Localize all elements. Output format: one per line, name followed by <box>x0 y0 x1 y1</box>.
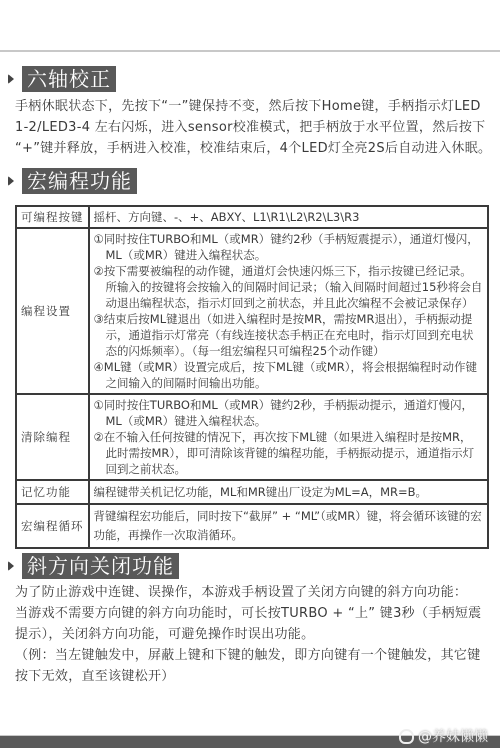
row-item: ①同时按住TURBO和ML（或MR）键约2秒，手柄振动提示，通道灯慢闪，ML（或… <box>94 397 484 429</box>
section-title: 六轴校正 <box>22 66 116 92</box>
paragraph-line: 手柄休眠状态下，先按下“一”键保持不变，然后按下Home键，手柄指示灯LED <box>15 96 493 117</box>
table-row: 编程设置 ①同时按住TURBO和ML（或MR）键约2秒（手柄短震提示），通道灯慢… <box>16 228 488 394</box>
section-header-macro: 宏编程功能 <box>8 168 137 194</box>
row-label: 清除编程 <box>16 394 89 480</box>
paragraph-line: 1-2/LED3-4 左右闪烁，进入sensor校准模式，把手柄放于水平位置，然… <box>15 117 493 138</box>
row-content: ①同时按住TURBO和ML（或MR）键约2秒（手柄短震提示），通道灯慢闪，ML（… <box>89 228 489 394</box>
bullet-arrow-icon <box>8 74 14 84</box>
macro-table: 可编程按键 摇杆、方向键、-、+、ABXY、L1\R1\L2\R2\L3\R3 … <box>15 205 489 549</box>
table-row: 记忆功能 编程键带关机记忆功能，ML和MR键出厂设定为ML=A，MR=B。 <box>16 480 488 504</box>
bullet-arrow-icon <box>8 176 14 186</box>
paw-icon <box>399 729 414 744</box>
diagonal-paragraph: 为了防止游戏中连键、误操作，本游戏手柄设置了关闭方向键的斜方向功能： 当游戏不需… <box>15 582 493 687</box>
row-label: 宏编程循环 <box>16 504 89 548</box>
row-label: 可编程按键 <box>16 206 89 228</box>
watermark-text: @养妹懒懒 <box>418 726 488 746</box>
section-header-six-axis: 六轴校正 <box>8 66 116 92</box>
row-content: 编程键带关机记忆功能，ML和MR键出厂设定为ML=A，MR=B。 <box>89 480 489 504</box>
paragraph-line: 为了防止游戏中连键、误操作，本游戏手柄设置了关闭方向键的斜方向功能： <box>15 582 493 603</box>
row-item: ①同时按住TURBO和ML（或MR）键约2秒（手柄短震提示），通道灯慢闪，ML（… <box>94 231 484 263</box>
row-content: 摇杆、方向键、-、+、ABXY、L1\R1\L2\R2\L3\R3 <box>89 206 489 228</box>
row-item: 背键编程宏功能后，同时按下“截屏” + “ML”（或MR）键，将会循环该键的宏功… <box>94 507 484 545</box>
row-item: ②按下需要被编程的动作键，通道灯会快速闪烁三下，指示按键已经记录。所输入的按键将… <box>94 263 484 311</box>
row-label: 编程设置 <box>16 228 89 394</box>
row-item: ③结束后按ML键退出（如进入编程时是按MR，需按MR退出），手柄振动提示，通道指… <box>94 311 484 359</box>
six-axis-paragraph: 手柄休眠状态下，先按下“一”键保持不变，然后按下Home键，手柄指示灯LED 1… <box>15 96 493 159</box>
section-title: 宏编程功能 <box>22 168 137 194</box>
row-content: 背键编程宏功能后，同时按下“截屏” + “ML”（或MR）键，将会循环该键的宏功… <box>89 504 489 548</box>
table-row: 宏编程循环 背键编程宏功能后，同时按下“截屏” + “ML”（或MR）键，将会循… <box>16 504 488 548</box>
paragraph-line: 当游戏不需要方向键的斜方向功能时，可长按TURBO + “上” 键3秒（手柄短震… <box>15 603 493 645</box>
table-row: 清除编程 ①同时按住TURBO和ML（或MR）键约2秒，手柄振动提示，通道灯慢闪… <box>16 394 488 480</box>
paragraph-line: “+”键并释放，手柄进入校准，校准结束后，4个LED灯全亮2S后自动进入休眠。 <box>15 138 493 159</box>
row-item: ④ML键（或MR）设置完成后，按下ML键（或MR），将会根据编程时动作键之间输入… <box>94 359 484 391</box>
section-header-diagonal: 斜方向关闭功能 <box>8 553 179 579</box>
watermark: @养妹懒懒 <box>399 726 488 746</box>
top-divider <box>0 50 500 52</box>
row-item: ②在不输入任何按键的情况下，再次按下ML键（如果进入编程时是按MR，此时需按MR… <box>94 429 484 477</box>
paragraph-line: （例：当左键触发中，屏蔽上键和下键的触发，即方向键有一个键触发，其它键按下无效，… <box>15 645 493 687</box>
row-item: 编程键带关机记忆功能，ML和MR键出厂设定为ML=A，MR=B。 <box>94 484 484 500</box>
row-content: ①同时按住TURBO和ML（或MR）键约2秒，手柄振动提示，通道灯慢闪，ML（或… <box>89 394 489 480</box>
table-row: 可编程按键 摇杆、方向键、-、+、ABXY、L1\R1\L2\R2\L3\R3 <box>16 206 488 228</box>
bullet-arrow-icon <box>8 561 14 571</box>
section-title: 斜方向关闭功能 <box>22 553 179 579</box>
row-item: 摇杆、方向键、-、+、ABXY、L1\R1\L2\R2\L3\R3 <box>94 209 484 225</box>
row-label: 记忆功能 <box>16 480 89 504</box>
